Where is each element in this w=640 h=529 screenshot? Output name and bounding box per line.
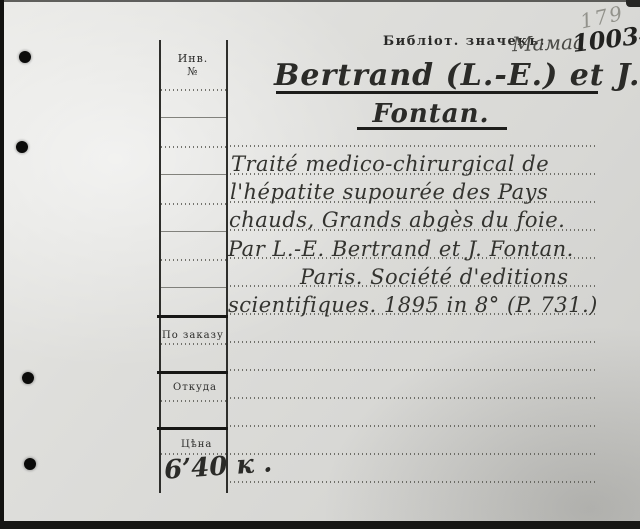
punch-hole [24, 458, 36, 470]
catalog-card-scan: Инв. № По заказу Откуда Цѣна 6ʼ40 к . Би… [0, 0, 640, 529]
entry-line: l'hépatite supourée des Pays [230, 180, 548, 204]
cell-separator [157, 371, 228, 374]
scan-edge-top [0, 0, 640, 2]
entry-line: chauds, Grands abgès du foie. [229, 208, 565, 232]
column-row-rule [161, 174, 226, 175]
entry-line: scientifiques. 1895 in 8° (P. 731.) [228, 293, 598, 317]
title-author: Bertrand (L.-E.) et J. [274, 58, 600, 93]
scan-edge-left [0, 0, 4, 529]
punch-hole [22, 372, 34, 384]
writing-line [230, 369, 597, 371]
punch-hole [19, 51, 31, 63]
inventory-number-sign: № [160, 65, 226, 78]
label-underline [161, 400, 226, 402]
writing-line [230, 453, 597, 455]
writing-line [230, 145, 597, 147]
writing-line [230, 481, 597, 483]
title-underline [357, 127, 507, 130]
title-underline [276, 91, 598, 94]
entry-line: Traité medico-chirurgical de [231, 152, 549, 176]
title-author-second: Fontan. [355, 99, 507, 129]
label-underline [161, 343, 226, 345]
column-row-rule [161, 203, 226, 205]
writing-line [230, 397, 597, 399]
scan-corner-smudge [626, 0, 640, 7]
scan-edge-bottom [0, 521, 640, 529]
cell-separator [157, 315, 228, 318]
column-right-rule [226, 40, 228, 493]
column-row-rule [161, 89, 226, 91]
writing-line [230, 341, 597, 343]
column-row-rule [161, 146, 226, 148]
entry-line: Paris. Société d'editions [300, 265, 568, 289]
writing-line [230, 425, 597, 427]
inventory-label: Инв. [160, 52, 226, 65]
column-row-rule [161, 287, 226, 288]
price-label: Цѣна [181, 439, 212, 450]
entry-line: Par L.-E. Bertrand et J. Fontan. [228, 237, 574, 261]
order-label: По заказу [162, 330, 224, 341]
punch-hole [16, 141, 28, 153]
column-row-rule [161, 231, 226, 232]
column-left-rule [159, 40, 161, 493]
cell-separator [157, 427, 228, 430]
column-row-rule [161, 117, 226, 118]
origin-label: Откуда [173, 382, 217, 393]
column-row-rule [161, 259, 226, 261]
